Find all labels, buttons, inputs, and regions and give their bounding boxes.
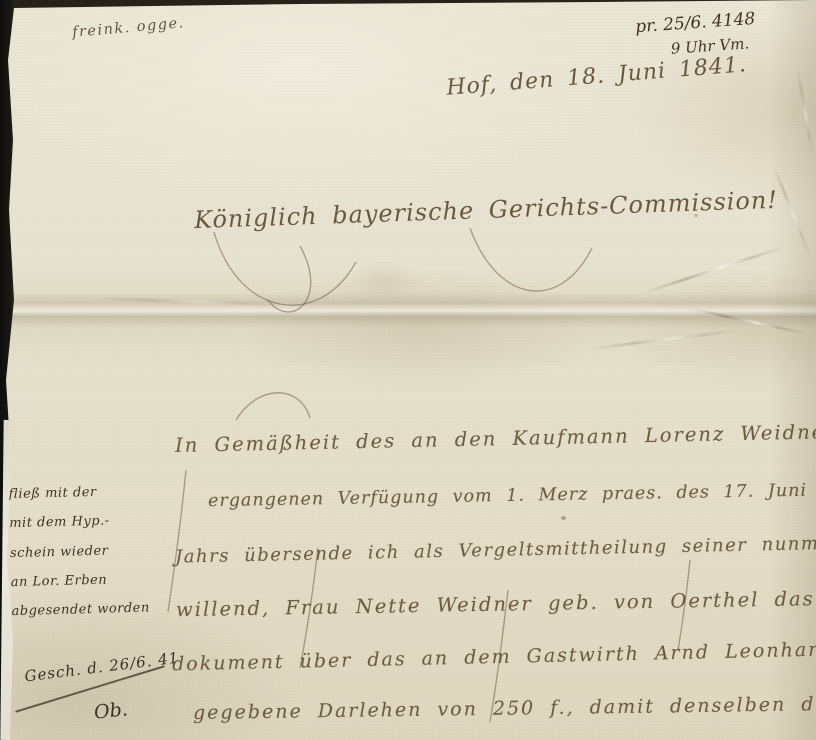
dateline: Hof, den 18. Juni 1841. [445,52,747,101]
crease [772,165,812,259]
crease [691,308,809,336]
registry-note: pr. 25/6. 4148 9 Uhr Vm. [634,6,757,64]
crease [590,329,739,350]
registry-number: pr. 25/6. 4148 [635,9,756,37]
body-line: willend, Frau Nette Weidner geb. von Oer… [176,586,816,622]
shadow-stain [350,260,420,300]
body-line: In Gemäßheit des an den Kaufmann Lorenz … [175,420,816,457]
margin-note-line: fließ mit der [8,476,171,509]
strike-through-line [15,665,165,713]
crease [90,297,290,307]
body-line: Jahrs übersende ich als Vergeltsmittheil… [175,531,816,567]
top-left-note: freink. ogge. [72,15,186,41]
letter-scan: freink. ogge. pr. 25/6. 4148 9 Uhr Vm. H… [0,0,816,740]
foxing-spot [561,516,566,520]
paper-sheet: freink. ogge. pr. 25/6. 4148 9 Uhr Vm. H… [0,0,816,740]
fold-crease [0,292,816,328]
margin-note-line: abgesendet worden [11,593,174,626]
pen-flourishes [0,0,816,740]
foxing-spot [694,214,698,217]
body-line: ergangenen Verfügung vom 1. Merz praes. … [208,479,816,511]
body-line: gegebene Darlehen von 250 f., damit dens… [193,692,816,724]
salutation: Königlich bayerische Gerichts-Commission… [194,186,779,234]
registry-time: 9 Uhr Vm. [670,32,758,61]
crease [643,245,787,294]
body-line: dokument über das an dem Gastwirth Arnd … [172,637,816,676]
margin-date: Gesch. d. 26/6. 41 [23,649,180,686]
margin-note: fließ mit der mit dem Hyp.- schein wiede… [8,476,174,626]
margin-note-line: schein wieder [10,534,173,567]
margin-paraph: Ob. [93,698,129,723]
margin-note-line: an Lor. Erben [10,564,173,597]
page-edge-shading [768,0,816,740]
margin-note-line: mit dem Hyp.- [9,505,172,538]
crease [796,67,815,156]
